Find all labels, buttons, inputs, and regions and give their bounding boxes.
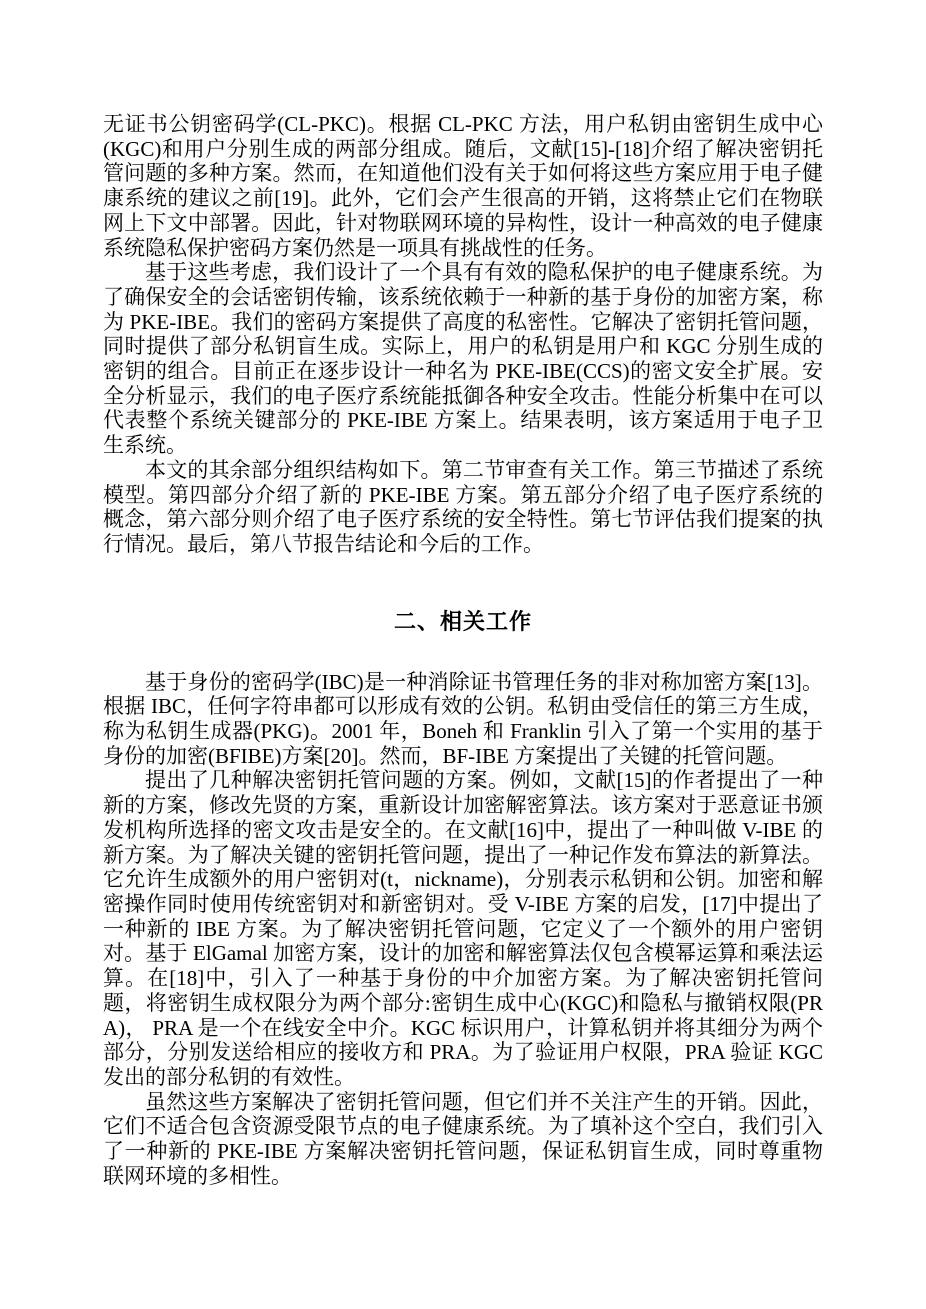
paragraph-ibc-background: 基于身份的密码学(IBC)是一种消除证书管理任务的非对称加密方案[13]。根据 …: [103, 670, 823, 769]
paragraph-clpkc-continuation: 无证书公钥密码学(CL-PKC)。根据 CL-PKC 方法，用户私钥由密钥生成中…: [103, 112, 823, 260]
paragraph-motivation: 虽然这些方案解决了密钥托管问题，但它们并不关注产生的开销。因此，它们不适合包含资…: [103, 1090, 823, 1189]
document-page: 无证书公钥密码学(CL-PKC)。根据 CL-PKC 方法，用户私钥由密钥生成中…: [0, 0, 926, 1309]
paragraph-escrow-solutions: 提出了几种解决密钥托管问题的方案。例如，文献[15]的作者提出了一种新的方案，修…: [103, 768, 823, 1089]
paragraph-contribution: 基于这些考虑，我们设计了一个具有有效的隐私保护的电子健康系统。为了确保安全的会话…: [103, 260, 823, 458]
section-heading-related-work: 二、相关工作: [103, 607, 823, 637]
document-text-block: 无证书公钥密码学(CL-PKC)。根据 CL-PKC 方法，用户私钥由密钥生成中…: [103, 112, 823, 1188]
paragraph-organization: 本文的其余部分组织结构如下。第二节审查有关工作。第三节描述了系统模型。第四部分介…: [103, 458, 823, 557]
